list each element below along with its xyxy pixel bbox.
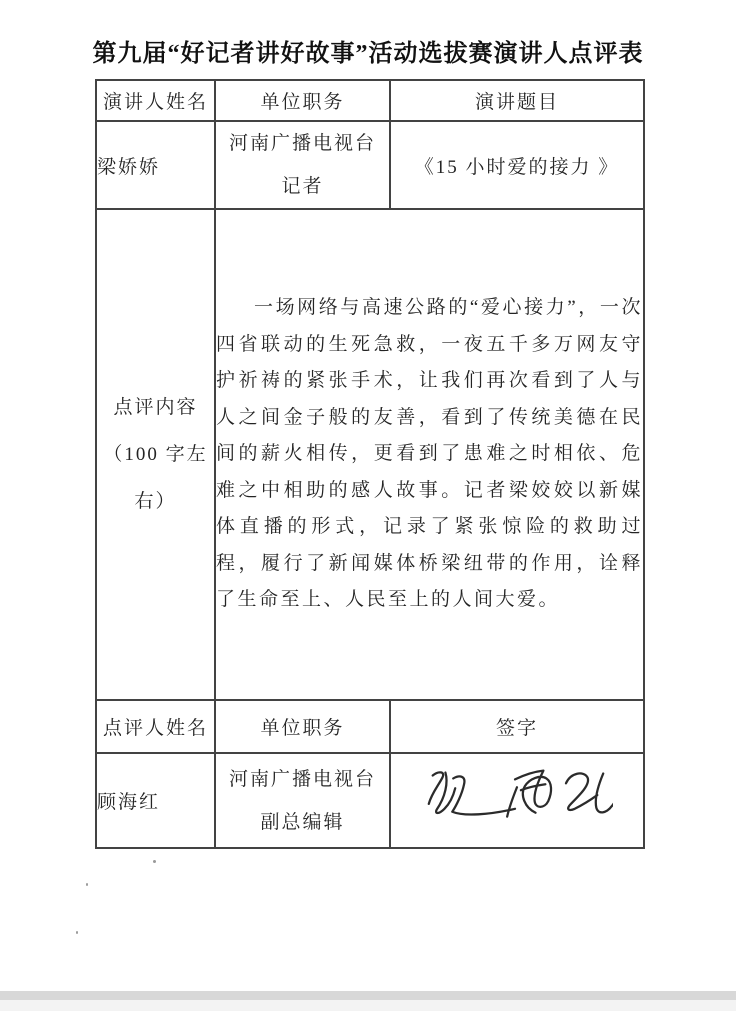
comment-label-line1: 点评内容 [97, 384, 214, 431]
speaker-row: 梁娇娇 河南广播电视台 记者 《15 小时爱的接力 》 [96, 121, 644, 209]
header-unit-position: 单位职务 [215, 80, 390, 121]
comment-label-line2: （100 字左右） [97, 431, 214, 525]
header-reviewer-name: 点评人姓名 [96, 700, 215, 753]
scan-edge-band [0, 991, 736, 1000]
speech-topic: 《15 小时爱的接力 》 [390, 121, 644, 209]
scan-speck [153, 860, 156, 863]
reviewer-name: 顾海红 [96, 753, 215, 848]
comment-content-cell: 一场网络与高速公路的“爱心接力”，一次四省联动的生死急救，一夜五千多万网友守护祈… [215, 209, 644, 700]
scan-speck [86, 883, 88, 886]
comment-text: 一场网络与高速公路的“爱心接力”，一次四省联动的生死急救，一夜五千多万网友守护祈… [216, 290, 643, 619]
page-title: 第九届“好记者讲好故事”活动选拔赛演讲人点评表 [0, 33, 736, 68]
table-header-row: 演讲人姓名 单位职务 演讲题目 [96, 80, 644, 121]
header-speaker-name: 演讲人姓名 [96, 80, 215, 121]
header-speech-topic: 演讲题目 [390, 80, 644, 121]
scan-edge-band-light [0, 1000, 736, 1011]
speaker-unit-cell: 河南广播电视台 记者 [215, 121, 390, 209]
reviewer-unit-cell: 河南广播电视台 副总编辑 [215, 753, 390, 848]
comment-row: 点评内容 （100 字左右） 一场网络与高速公路的“爱心接力”，一次四省联动的生… [96, 209, 644, 700]
reviewer-row: 顾海红 河南广播电视台 副总编辑 [96, 753, 644, 848]
review-table: 演讲人姓名 单位职务 演讲题目 梁娇娇 河南广播电视台 记者 《15 小时爱的接… [95, 79, 645, 849]
handwritten-signature-icon [417, 759, 613, 839]
speaker-unit-line1: 河南广播电视台 [216, 122, 389, 165]
header-reviewer-unit: 单位职务 [215, 700, 390, 753]
header-signature: 签字 [390, 700, 644, 753]
speaker-unit-line2: 记者 [216, 165, 389, 208]
reviewer-header-row: 点评人姓名 单位职务 签字 [96, 700, 644, 753]
reviewer-unit-line1: 河南广播电视台 [216, 758, 389, 801]
speaker-name: 梁娇娇 [96, 121, 215, 209]
scan-speck [76, 931, 78, 934]
comment-label-cell: 点评内容 （100 字左右） [96, 209, 215, 700]
reviewer-unit-line2: 副总编辑 [216, 801, 389, 844]
signature-cell [390, 753, 644, 848]
scanned-document-page: 第九届“好记者讲好故事”活动选拔赛演讲人点评表 演讲人姓名 单位职务 演讲题目 … [0, 0, 736, 1011]
